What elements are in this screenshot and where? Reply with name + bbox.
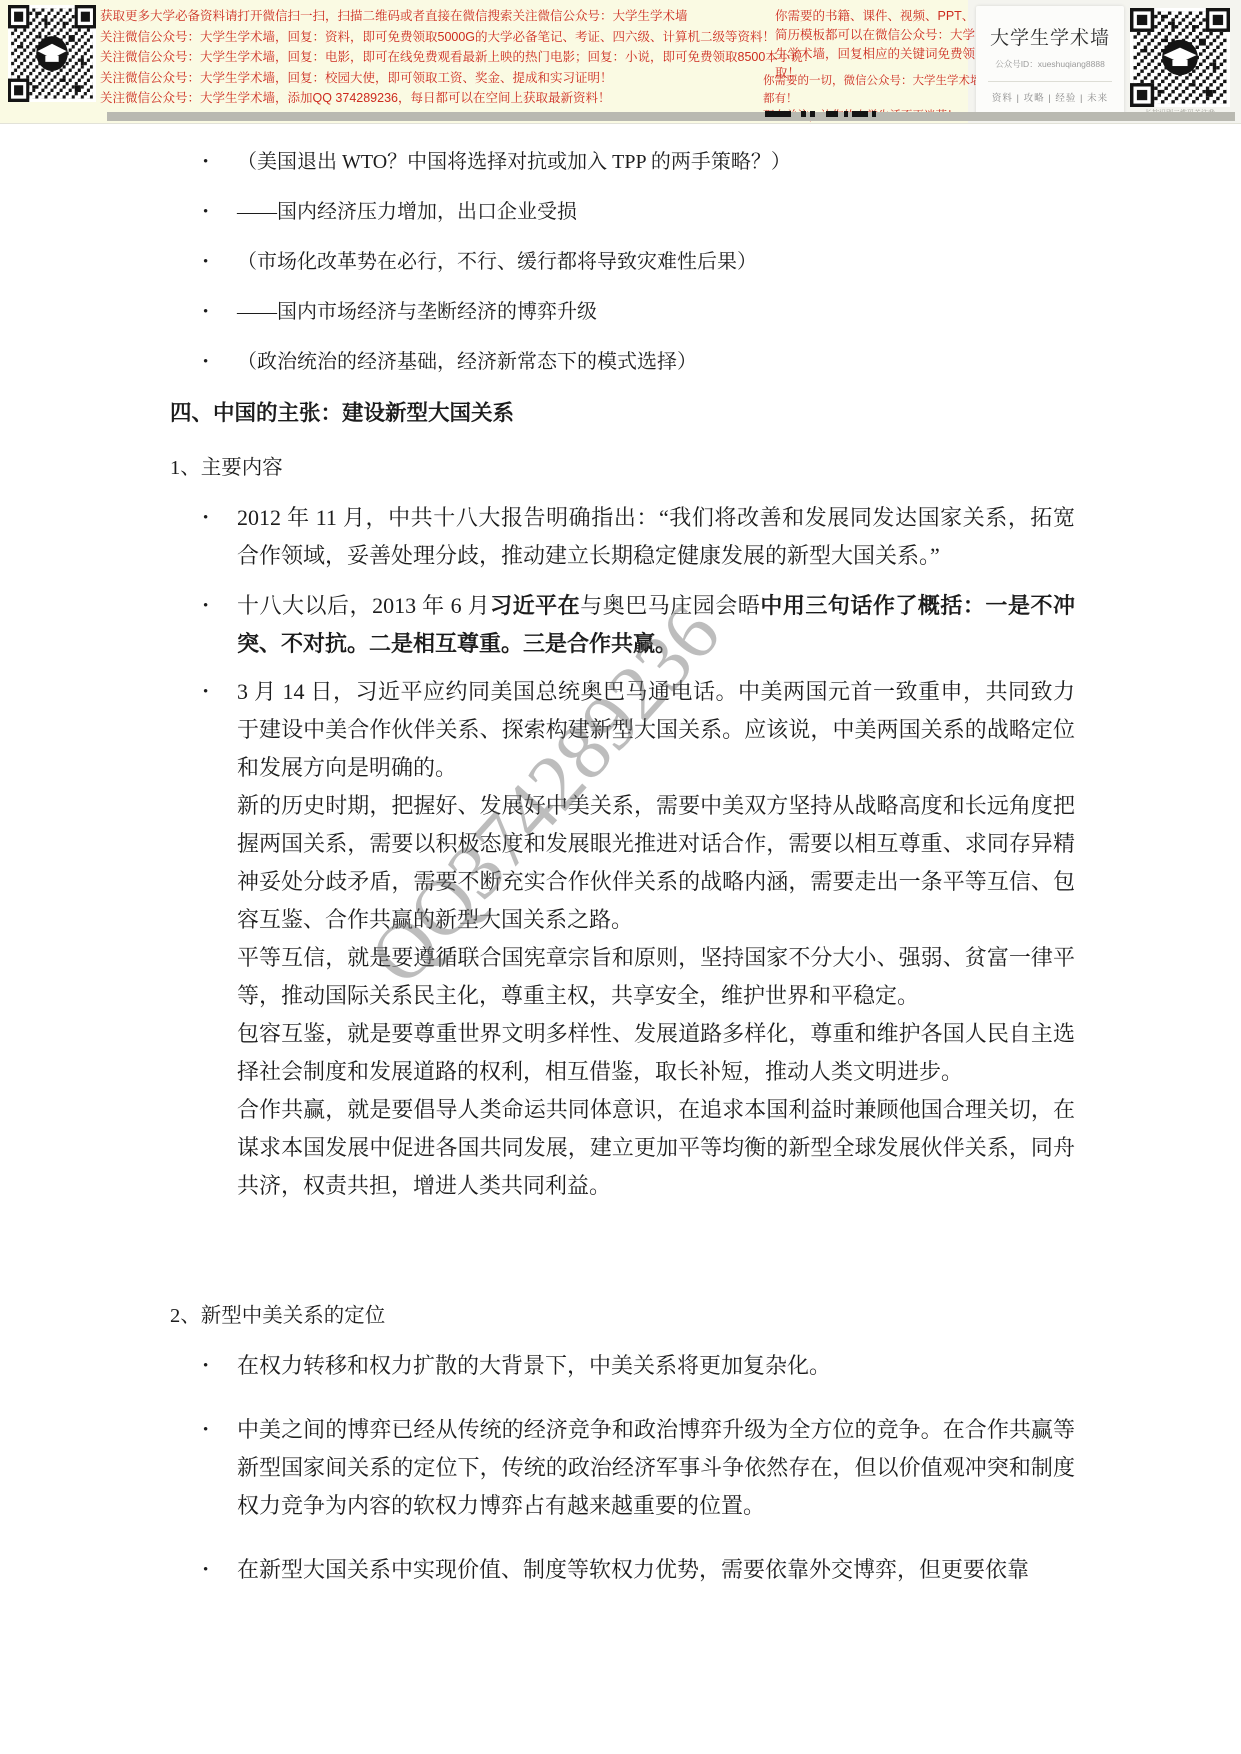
bullet-icon: • <box>203 197 237 227</box>
bullet-text: （美国退出 WTO？中国将选择对抗或加入 TPP 的两手策略？） <box>237 147 1075 177</box>
qr-code-left-icon <box>8 5 96 102</box>
list-item: • 中美之间的博弈已经从传统的经济竞争和政治博弈升级为全方位的竞争。在合作共赢等… <box>170 1411 1075 1525</box>
bullet-icon: • <box>203 1347 237 1385</box>
dash-mark <box>852 111 868 117</box>
bullet-text: 在新型大国关系中实现价值、制度等软权力优势，需要依靠外交博弈，但更要依靠 <box>237 1551 1075 1589</box>
banner-text-block: 获取更多大学必备资料请打开微信扫一扫，扫描二维码或者直接在微信搜索关注微信公众号… <box>100 6 820 109</box>
paragraph: 3 月 14 日，习近平应约同美国总统奥巴马通电话。中美两国元首一致重申，共同致… <box>237 673 1075 787</box>
bullet-icon: • <box>203 1551 237 1589</box>
bullet-text: 十八大以后，2013 年 6 月习近平在与奥巴马庄园会晤中用三句话作了概括：一是… <box>237 587 1075 663</box>
section-heading: 四、中国的主张：建设新型大国关系 <box>170 397 1075 429</box>
paragraph: 新的历史时期，把握好、发展好中美关系，需要中美双方坚持从战略高度和长远角度把握两… <box>237 787 1075 939</box>
dash-mark <box>765 111 791 117</box>
paragraph: 平等互信，就是要遵循联合国宪章宗旨和原则，坚持国家不分大小、强弱、贫富一律平等，… <box>237 939 1075 1015</box>
bullet-icon: • <box>203 247 237 277</box>
card-divider <box>988 81 1112 82</box>
bullet-icon: • <box>203 147 237 177</box>
wechat-account-card: 大学生学术墙 公众号ID：xueshuqiang8888 资料 | 攻略 | 经… <box>976 6 1124 117</box>
qr-code-right-icon <box>1130 8 1230 107</box>
page: 获取更多大学必备资料请打开微信扫一扫，扫描二维码或者直接在微信搜索关注微信公众号… <box>0 0 1241 1754</box>
bullet-text: 2012 年 11 月，中共十八大报告明确指出：“我们将改善和发展同发达国家关系… <box>237 499 1075 575</box>
card-account-id: 公众号ID：xueshuqiang8888 <box>976 58 1124 70</box>
divider-bar <box>107 112 1235 121</box>
bullet-text-bold: 习近平在 <box>490 593 580 618</box>
list-item: • 在权力转移和权力扩散的大背景下，中美关系将更加复杂化。 <box>170 1347 1075 1385</box>
list-item: • ——国内经济压力增加，出口企业受损 <box>170 197 1075 227</box>
banner-line: 关注微信公众号：大学生学术墙，添加QQ 374289236，每日都可以在空间上获… <box>100 88 820 109</box>
dash-mark <box>826 111 838 117</box>
banner-note-top: 你需要的书籍、课件、视频、PPT、简历模板都可以在微信公众号：大学生学术墙，回复… <box>775 7 980 83</box>
list-item: • 3 月 14 日，习近平应约同美国总统奥巴马通电话。中美两国元首一致重申，共… <box>170 673 1075 1205</box>
top-bullet-list: • （美国退出 WTO？中国将选择对抗或加入 TPP 的两手策略？） • ——国… <box>170 147 1075 377</box>
list-item: • （市场化改革势在必行，不行、缓行都将导致灾难性后果） <box>170 247 1075 277</box>
promo-banner: 获取更多大学必备资料请打开微信扫一扫，扫描二维码或者直接在微信搜索关注微信公众号… <box>0 0 1241 124</box>
bullet-icon: • <box>203 1411 237 1525</box>
bullet-text: 中美之间的博弈已经从传统的经济竞争和政治博弈升级为全方位的竞争。在合作共赢等新型… <box>237 1411 1075 1525</box>
subsection-heading-2: 2、新型中美关系的定位 <box>170 1301 1075 1331</box>
bullet-text: （政治统治的经济基础，经济新常态下的模式选择） <box>237 347 1075 377</box>
list-item: • ——国内市场经济与垄断经济的博弈升级 <box>170 297 1075 327</box>
bullet-text: ——国内经济压力增加，出口企业受损 <box>237 197 1075 227</box>
card-tags: 资料 | 攻略 | 经验 | 未来 <box>976 90 1124 104</box>
card-title: 大学生学术墙 <box>976 23 1124 50</box>
dash-mark <box>810 111 815 117</box>
list-item: • 十八大以后，2013 年 6 月习近平在与奥巴马庄园会晤中用三句话作了概括：… <box>170 587 1075 663</box>
dash-mark <box>844 111 848 117</box>
dash-mark <box>801 111 806 117</box>
sub2-bullet-list: • 在权力转移和权力扩散的大背景下，中美关系将更加复杂化。 • 中美之间的博弈已… <box>170 1347 1075 1589</box>
bullet-text-segment: 与奥巴马庄园会晤 <box>580 593 760 618</box>
bullet-icon: • <box>203 499 237 575</box>
bullet-icon: • <box>203 297 237 327</box>
banner-line: 获取更多大学必备资料请打开微信扫一扫，扫描二维码或者直接在微信搜索关注微信公众号… <box>100 6 820 27</box>
bullet-text: （市场化改革势在必行，不行、缓行都将导致灾难性后果） <box>237 247 1075 277</box>
dash-mark <box>872 111 876 117</box>
list-item: • 在新型大国关系中实现价值、制度等软权力优势，需要依靠外交博弈，但更要依靠 <box>170 1551 1075 1589</box>
bullet-icon: • <box>203 673 237 1205</box>
subsection-heading-1: 1、主要内容 <box>170 453 1075 483</box>
list-item: • （美国退出 WTO？中国将选择对抗或加入 TPP 的两手策略？） <box>170 147 1075 177</box>
bullet-icon: • <box>203 587 237 663</box>
bullet-text: 3 月 14 日，习近平应约同美国总统奥巴马通电话。中美两国元首一致重申，共同致… <box>237 673 1075 1205</box>
sub1-bullet-list: • 2012 年 11 月，中共十八大报告明确指出：“我们将改善和发展同发达国家… <box>170 499 1075 1205</box>
banner-line: 关注微信公众号：大学生学术墙，回复：电影，即可在线免费观看最新上映的热门电影；回… <box>100 47 820 68</box>
paragraph: 包容互鉴，就是要尊重世界文明多样性、发展道路多样化，尊重和维护各国人民自主选择社… <box>237 1015 1075 1091</box>
banner-line: 关注微信公众号：大学生学术墙，回复：校园大使，即可领取工资、奖金、提成和实习证明… <box>100 68 820 89</box>
paragraph: 合作共赢，就是要倡导人类命运共同体意识，在追求本国利益时兼顾他国合理关切，在谋求… <box>237 1091 1075 1205</box>
banner-line: 关注微信公众号：大学生学术墙，回复：资料，即可免费领取5000G的大学必备笔记、… <box>100 27 820 48</box>
bullet-text-segment: 十八大以后，2013 年 6 月 <box>237 593 490 618</box>
redaction-dashes <box>765 110 876 117</box>
bullet-text: 在权力转移和权力扩散的大背景下，中美关系将更加复杂化。 <box>237 1347 1075 1385</box>
document-body: • （美国退出 WTO？中国将选择对抗或加入 TPP 的两手策略？） • ——国… <box>0 123 1241 1589</box>
banner-note-bottom-line: 你需要的一切，微信公众号：大学生学术墙，都有！ <box>763 73 1001 108</box>
list-item: • 2012 年 11 月，中共十八大报告明确指出：“我们将改善和发展同发达国家… <box>170 499 1075 575</box>
bullet-text: ——国内市场经济与垄断经济的博弈升级 <box>237 297 1075 327</box>
list-item: • （政治统治的经济基础，经济新常态下的模式选择） <box>170 347 1075 377</box>
bullet-icon: • <box>203 347 237 377</box>
